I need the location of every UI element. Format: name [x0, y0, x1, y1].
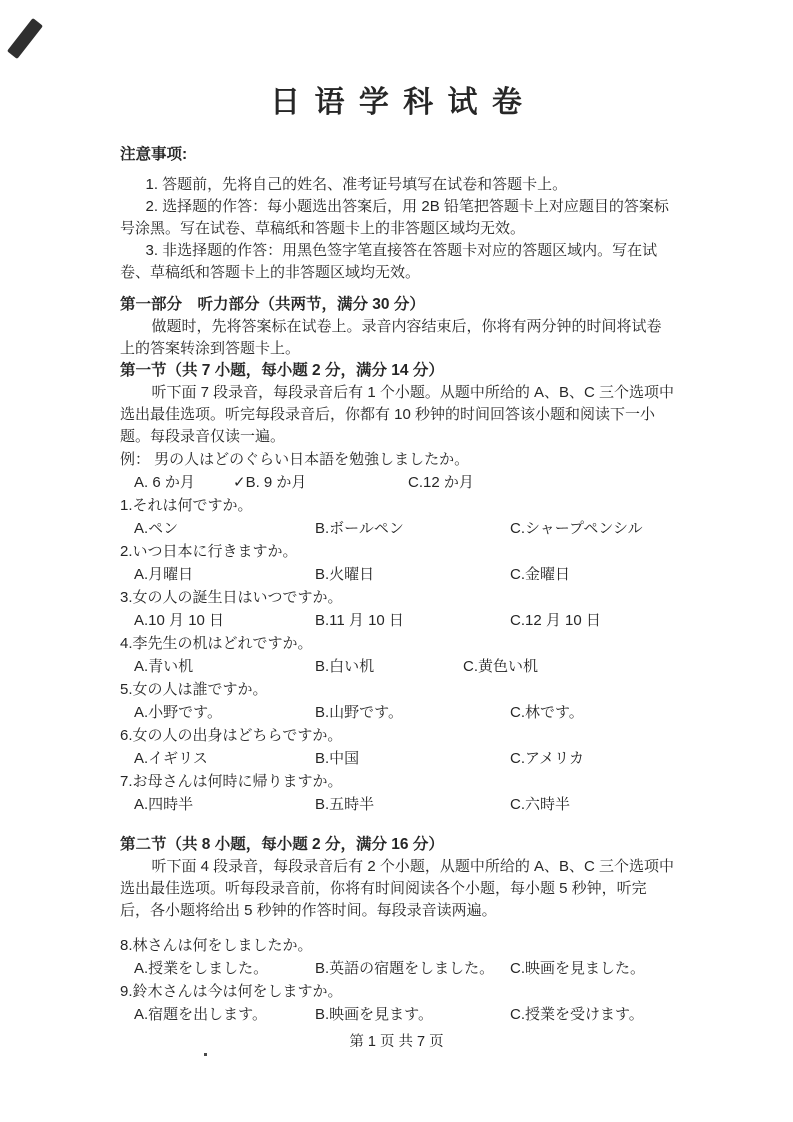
question-options: A.授業をしました。 B.英語の宿題をしました。 C.映画を見ました。	[120, 957, 675, 980]
option-a: A. 6 か月	[134, 471, 233, 494]
page-footer: 第 1 页 共 7 页	[0, 1032, 793, 1052]
scan-artifact-corner	[7, 18, 43, 59]
option-a: A.四時半	[134, 793, 315, 816]
notice-heading: 注意事项:	[120, 144, 675, 166]
option-c: C.アメリカ	[510, 747, 675, 770]
option-a: A.ペン	[134, 517, 315, 540]
option-a: A.イギリス	[134, 747, 315, 770]
part1-intro: 做题时，先将答案标在试卷上。录音内容结束后，你将有两分钟的时间将试卷上的答案转涂…	[120, 316, 675, 360]
question-6: 6.女の人の出身はどちらですか。 A.イギリス B.中国 C.アメリカ	[120, 724, 675, 770]
section1-instructions: 听下面 7 段录音，每段录音后有 1 个小题。从题中所给的 A、B、C 三个选项…	[120, 382, 675, 448]
option-a: A.10 月 10 日	[134, 609, 315, 632]
question-7: 7.お母さんは何時に帰りますか。 A.四時半 B.五時半 C.六時半	[120, 770, 675, 816]
question-4: 4.李先生の机はどれですか。 A.青い机 B.白い机 C.黄色い机	[120, 632, 675, 678]
page-title: 日 语 学 科 试 卷	[120, 82, 675, 124]
question-options: A.10 月 10 日 B.11 月 10 日 C.12 月 10 日	[120, 609, 675, 632]
option-a: A.月曜日	[134, 563, 315, 586]
option-b: B.ボールペン	[315, 517, 510, 540]
notice-items: 1. 答题前，先将自己的姓名、准考证号填写在试卷和答题卡上。 2. 选择题的作答…	[120, 174, 675, 284]
question-text: 7.お母さんは何時に帰りますか。	[120, 770, 675, 793]
option-b-checked: ✓B. 9 か月	[233, 471, 408, 494]
option-c: C.林です。	[510, 701, 675, 724]
option-c: C.黄色い机	[463, 655, 675, 678]
example-question: 例： 男の人はどのぐらい日本語を勉強しましたか。	[120, 448, 675, 471]
option-b: B.英語の宿題をしました。	[315, 957, 510, 980]
question-9: 9.鈴木さんは今は何をしますか。 A.宿題を出します。 B.映画を見ます。 C.…	[120, 980, 675, 1026]
question-text: 8.林さんは何をしましたか。	[120, 934, 675, 957]
option-c: C.金曜日	[510, 563, 675, 586]
question-options: A.小野です。 B.山野です。 C.林です。	[120, 701, 675, 724]
question-text: 4.李先生の机はどれですか。	[120, 632, 675, 655]
section2-instructions: 听下面 4 段录音，每段录音后有 2 个小题，从题中所给的 A、B、C 三个选项…	[120, 856, 675, 922]
question-text: 9.鈴木さんは今は何をしますか。	[120, 980, 675, 1003]
option-c: C.シャープペンシル	[510, 517, 675, 540]
notice-item-3: 3. 非选择题的作答：用黑色签字笔直接答在答题卡对应的答题区域内。写在试卷、草稿…	[120, 240, 675, 284]
question-options: A.月曜日 B.火曜日 C.金曜日	[120, 563, 675, 586]
question-1: 1.それは何ですか。 A.ペン B.ボールペン C.シャープペンシル	[120, 494, 675, 540]
option-b: B.中国	[315, 747, 510, 770]
option-a: A.宿題を出します。	[134, 1003, 315, 1026]
section2-heading: 第二节（共 8 小题，每小题 2 分，满分 16 分）	[120, 834, 675, 856]
option-a: A.授業をしました。	[134, 957, 315, 980]
section1-heading: 第一节（共 7 小题，每小题 2 分，满分 14 分）	[120, 360, 675, 382]
question-text: 3.女の人の誕生日はいつですか。	[120, 586, 675, 609]
option-a: A.青い机	[134, 655, 315, 678]
option-b: B.11 月 10 日	[315, 609, 510, 632]
notice-item-1: 1. 答题前，先将自己的姓名、准考证号填写在试卷和答题卡上。	[120, 174, 675, 196]
question-3: 3.女の人の誕生日はいつですか。 A.10 月 10 日 B.11 月 10 日…	[120, 586, 675, 632]
option-b: B.白い机	[315, 655, 463, 678]
question-options: A.青い机 B.白い机 C.黄色い机	[120, 655, 675, 678]
question-text: 6.女の人の出身はどちらですか。	[120, 724, 675, 747]
question-text: 1.それは何ですか。	[120, 494, 675, 517]
page-content: 日 语 学 科 试 卷 注意事项: 1. 答题前，先将自己的姓名、准考证号填写在…	[0, 82, 793, 1026]
notice-item-2: 2. 选择题的作答：每小题选出答案后，用 2B 铅笔把答题卡上对应题目的答案标号…	[120, 196, 675, 240]
question-5: 5.女の人は誰ですか。 A.小野です。 B.山野です。 C.林です。	[120, 678, 675, 724]
option-a: A.小野です。	[134, 701, 315, 724]
option-b: B.火曜日	[315, 563, 510, 586]
question-options: A.四時半 B.五時半 C.六時半	[120, 793, 675, 816]
exam-paper-page: 日 语 学 科 试 卷 注意事项: 1. 答题前，先将自己的姓名、准考证号填写在…	[0, 0, 793, 1122]
question-text: 2.いつ日本に行きますか。	[120, 540, 675, 563]
option-c: C.授業を受けます。	[510, 1003, 675, 1026]
option-b: B.映画を見ます。	[315, 1003, 510, 1026]
example-block: 例： 男の人はどのぐらい日本語を勉強しましたか。 A. 6 か月 ✓B. 9 か…	[120, 448, 675, 494]
part1-heading: 第一部分 听力部分（共两节，满分 30 分）	[120, 294, 675, 316]
option-c: C.映画を見ました。	[510, 957, 675, 980]
question-8: 8.林さんは何をしましたか。 A.授業をしました。 B.英語の宿題をしました。 …	[120, 934, 675, 980]
question-text: 5.女の人は誰ですか。	[120, 678, 675, 701]
option-c: C.六時半	[510, 793, 675, 816]
question-2: 2.いつ日本に行きますか。 A.月曜日 B.火曜日 C.金曜日	[120, 540, 675, 586]
option-b: B.五時半	[315, 793, 510, 816]
question-options: A.イギリス B.中国 C.アメリカ	[120, 747, 675, 770]
question-options: A.ペン B.ボールペン C.シャープペンシル	[120, 517, 675, 540]
option-c: C.12 か月	[408, 471, 675, 494]
example-options: A. 6 か月 ✓B. 9 か月 C.12 か月	[120, 471, 675, 494]
option-b: B.山野です。	[315, 701, 510, 724]
question-options: A.宿題を出します。 B.映画を見ます。 C.授業を受けます。	[120, 1003, 675, 1026]
scan-artifact-speck	[204, 1053, 207, 1056]
option-c: C.12 月 10 日	[510, 609, 675, 632]
